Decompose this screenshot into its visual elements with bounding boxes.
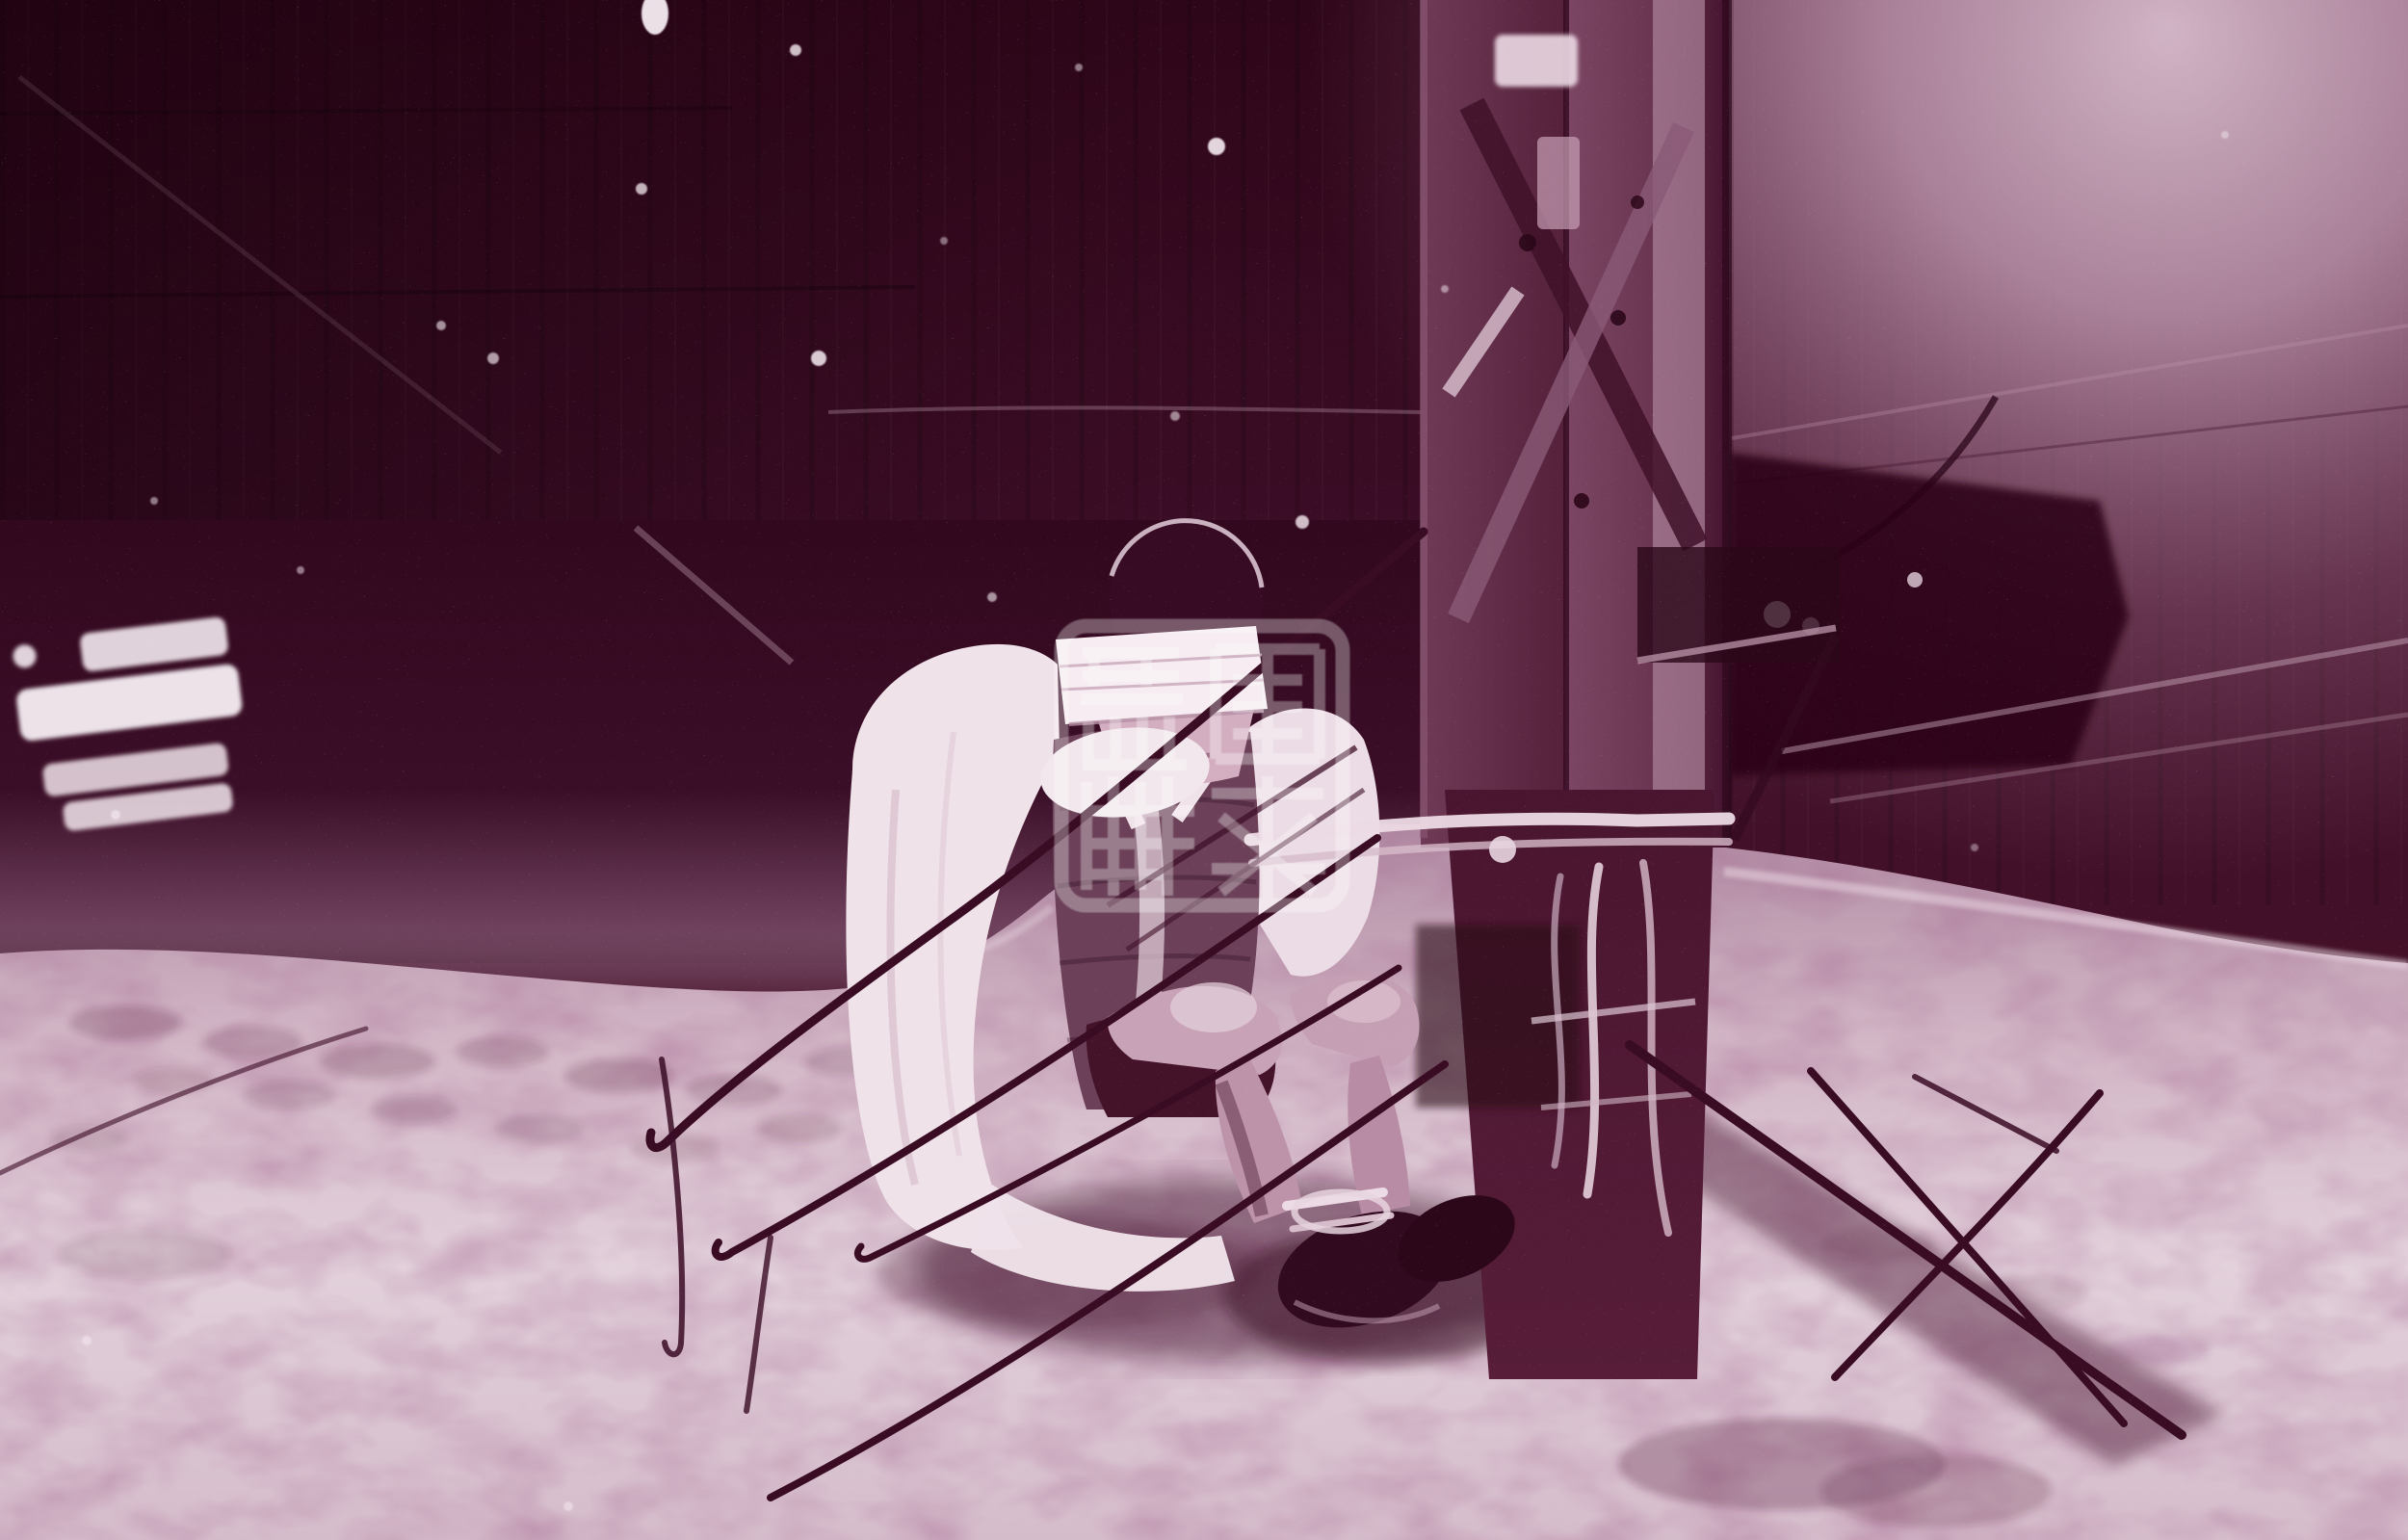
grain-overlay-dark <box>0 0 2408 1540</box>
photograph: Historic monochrome photograph in a mage… <box>0 0 2408 1540</box>
photo-canvas: Historic monochrome photograph in a mage… <box>0 0 2408 1540</box>
